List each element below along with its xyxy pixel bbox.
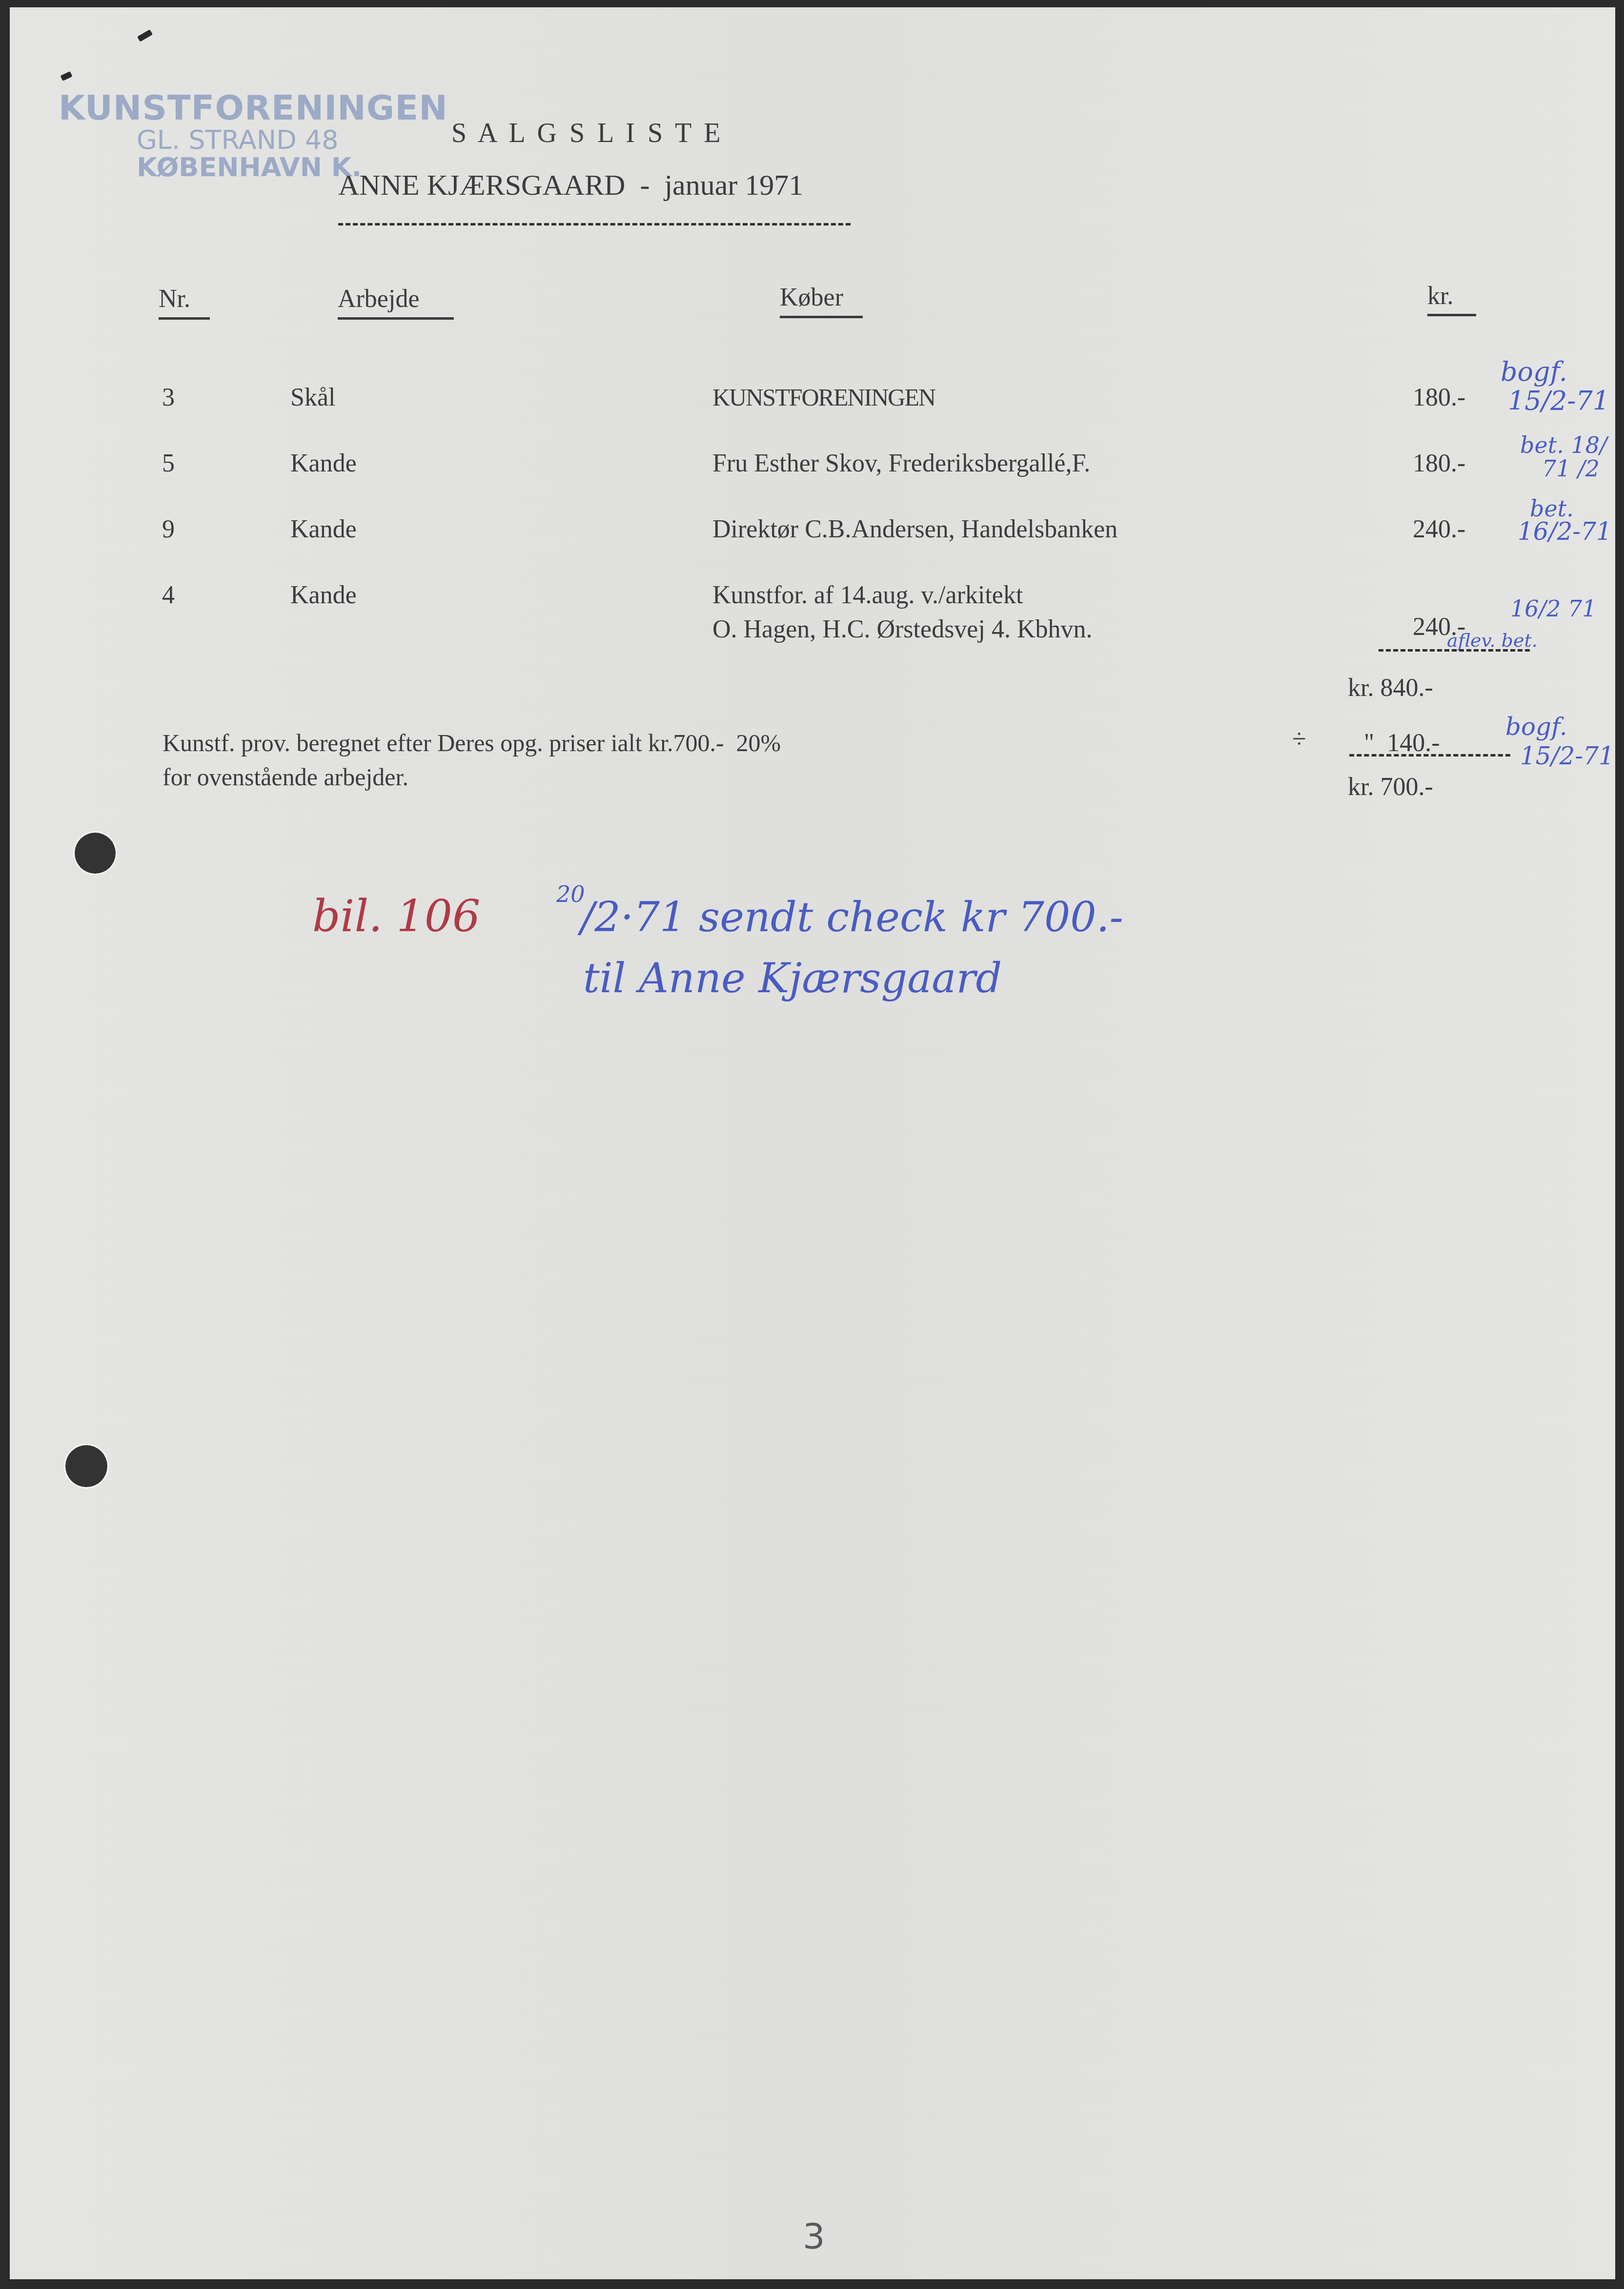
header-underline bbox=[159, 317, 210, 320]
total-net: kr. 700.- bbox=[1348, 773, 1433, 801]
row-arbejde: Kande bbox=[290, 581, 357, 610]
row-nr: 3 bbox=[162, 383, 175, 412]
handwritten-note-line1: /2·71 sendt check kr 700.- bbox=[581, 893, 1123, 941]
document-title: S A L G S L I S T E bbox=[451, 118, 723, 149]
total-gross: kr. 840.- bbox=[1348, 674, 1433, 702]
staple-mark bbox=[137, 29, 153, 41]
row-handwritten-note: aflev. bet. bbox=[1447, 630, 1538, 651]
handwritten-reference: bil. 106 bbox=[312, 891, 480, 942]
header-underline bbox=[780, 316, 863, 318]
row-handwritten-note: 15/2-71 bbox=[1508, 386, 1609, 416]
staple-mark bbox=[60, 71, 72, 81]
column-header-kr: kr. bbox=[1427, 282, 1453, 310]
document-page: KUNSTFORENINGEN GL. STRAND 48 KØBENHAVN … bbox=[10, 7, 1615, 2279]
row-handwritten-note: 71 /2 bbox=[1542, 455, 1600, 482]
sum-underline bbox=[1379, 649, 1530, 652]
row-kober: KUNSTFORENINGEN bbox=[712, 383, 935, 411]
row-arbejde: Skål bbox=[290, 383, 335, 412]
divide-sign: ÷ bbox=[1292, 725, 1306, 754]
row-arbejde: Kande bbox=[290, 449, 357, 478]
row-kober: Fru Esther Skov, Frederiksbergallé,F. bbox=[712, 449, 1090, 478]
row-handwritten-note: bet. 18/ bbox=[1520, 432, 1607, 458]
column-header-arbejde: Arbejde bbox=[338, 285, 419, 313]
page-number: 3 bbox=[803, 2216, 825, 2257]
header-underline bbox=[338, 317, 454, 320]
hole-punch bbox=[65, 1445, 107, 1487]
row-nr: 5 bbox=[162, 449, 175, 478]
title-underline bbox=[338, 223, 851, 225]
row-kr: 240.- bbox=[1413, 515, 1465, 544]
row-handwritten-note: bogf. bbox=[1501, 356, 1567, 387]
row-kober: Kunstfor. af 14.aug. v./arkitekt bbox=[712, 581, 1023, 610]
commission-handwritten-note: bogf. bbox=[1505, 713, 1567, 741]
row-kober-line2: O. Hagen, H.C. Ørstedsvej 4. Kbhvn. bbox=[712, 615, 1092, 644]
commission-underline bbox=[1349, 754, 1510, 756]
stamp-street: GL. STRAND 48 bbox=[137, 124, 339, 155]
stamp-city: KØBENHAVN K. bbox=[137, 152, 362, 183]
total-commission: " 140.- bbox=[1364, 729, 1440, 757]
hole-punch bbox=[75, 833, 116, 874]
column-header-nr: Nr. bbox=[159, 285, 190, 313]
column-header-kober: Køber bbox=[780, 283, 843, 312]
row-nr: 9 bbox=[162, 515, 175, 544]
row-nr: 4 bbox=[162, 581, 175, 610]
commission-handwritten-note: 15/2-71 bbox=[1520, 742, 1614, 770]
handwritten-note-line2: til Anne Kjærsgaard bbox=[583, 954, 1002, 1002]
stamp-org: KUNSTFORENINGEN bbox=[59, 88, 448, 128]
document-subtitle: ANNE KJÆRSGAARD - januar 1971 bbox=[338, 168, 803, 202]
row-kr: 180.- bbox=[1413, 383, 1465, 412]
row-handwritten-note: 16/2 71 bbox=[1510, 595, 1596, 622]
row-kober: Direktør C.B.Andersen, Handelsbanken bbox=[712, 515, 1117, 544]
row-kr: 180.- bbox=[1413, 449, 1465, 478]
row-arbejde: Kande bbox=[290, 515, 357, 544]
header-underline bbox=[1427, 314, 1476, 316]
row-handwritten-note: 16/2-71 bbox=[1518, 517, 1612, 546]
commission-text-line1: Kunstf. prov. beregnet efter Deres opg. … bbox=[162, 729, 781, 757]
commission-text-line2: for ovenstående arbejder. bbox=[162, 763, 408, 791]
